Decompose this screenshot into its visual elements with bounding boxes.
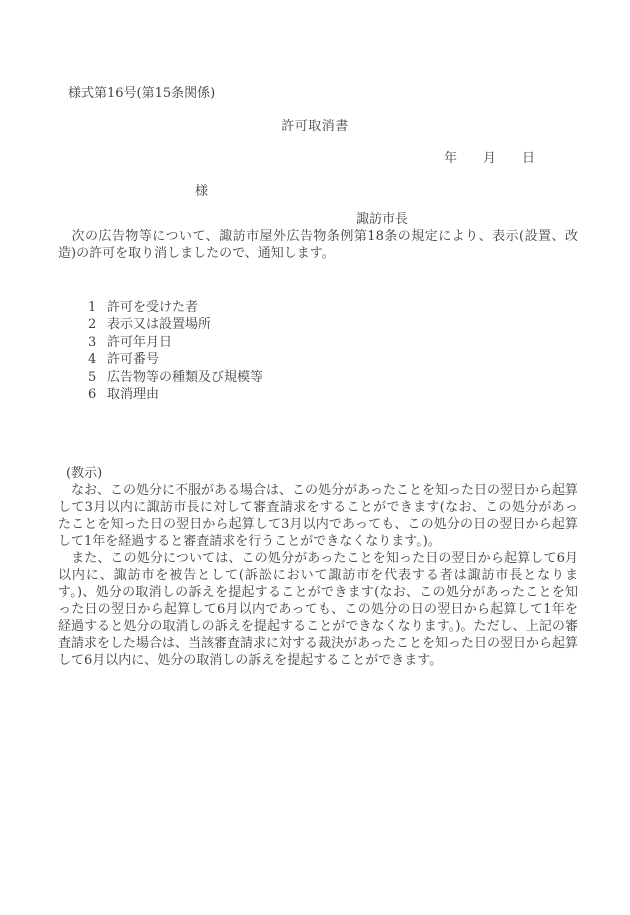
item-label: 許可年月日 xyxy=(107,335,172,350)
item-label: 表示又は設置場所 xyxy=(107,317,211,332)
item-label: 許可を受けた者 xyxy=(107,300,198,315)
addressee-suffix: 様 xyxy=(195,183,208,200)
item-row: 6取消理由 xyxy=(88,386,263,403)
item-number: 5 xyxy=(88,369,107,386)
item-row: 3許可年月日 xyxy=(88,334,263,351)
item-label: 取消理由 xyxy=(107,387,159,402)
item-label: 広告物等の種類及び規模等 xyxy=(107,370,263,385)
item-row: 4許可番号 xyxy=(88,351,263,368)
item-row: 5広告物等の種類及び規模等 xyxy=(88,369,263,386)
legal-notice-paragraph-2: また、この処分については、この処分があったことを知った日の翌日から起算して6月以… xyxy=(58,550,578,669)
item-row: 1許可を受けた者 xyxy=(88,299,263,316)
item-number: 6 xyxy=(88,386,107,403)
legal-notice: (教示) なお、この処分に不服がある場合は、この処分があったことを知った日の翌日… xyxy=(58,465,578,669)
item-number: 3 xyxy=(88,334,107,351)
form-number-note: 様式第16号(第15条関係) xyxy=(68,85,215,102)
item-label: 許可番号 xyxy=(107,352,159,367)
item-row: 2表示又は設置場所 xyxy=(88,316,263,333)
document-title: 許可取消書 xyxy=(0,118,630,135)
date-line: 年 月 日 xyxy=(444,150,535,167)
item-number: 1 xyxy=(88,299,107,316)
legal-notice-paragraph-1: なお、この処分に不服がある場合は、この処分があったことを知った日の翌日から起算し… xyxy=(58,482,578,550)
item-list: 1許可を受けた者 2表示又は設置場所 3許可年月日 4許可番号 5広告物等の種類… xyxy=(88,299,263,403)
document-page: 様式第16号(第15条関係) 許可取消書 年 月 日 様 諏訪市長 次の広告物等… xyxy=(0,0,630,915)
intro-paragraph: 次の広告物等について、諏訪市屋外広告物条例第18条の規定により、表示(設置、改造… xyxy=(58,228,578,262)
legal-notice-heading: (教示) xyxy=(58,465,578,482)
sender-title: 諏訪市長 xyxy=(356,211,408,228)
item-number: 4 xyxy=(88,351,107,368)
item-number: 2 xyxy=(88,316,107,333)
